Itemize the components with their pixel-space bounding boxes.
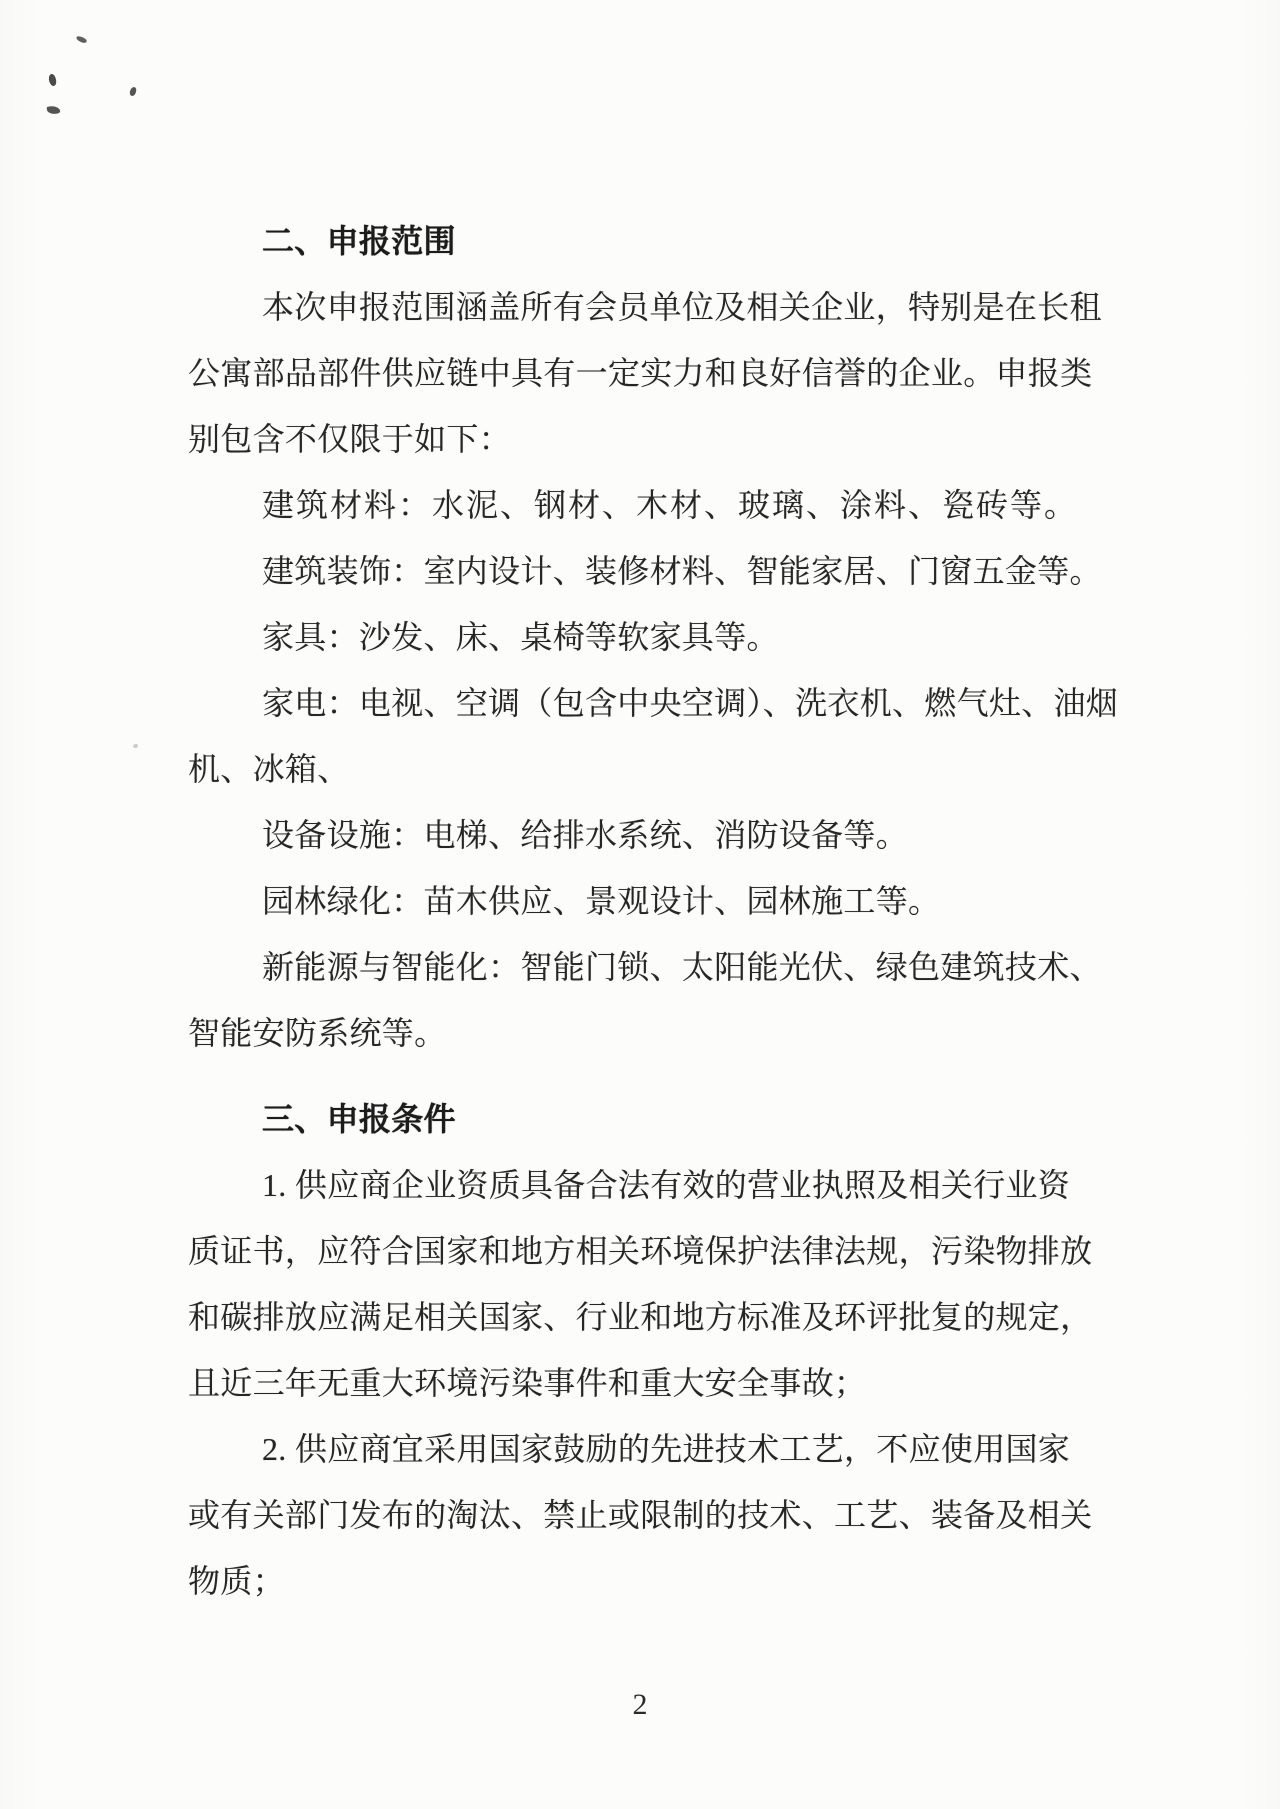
doc-line-building-decoration: 建筑装饰：室内设计、装修材料、智能家居、门窗五金等。 bbox=[188, 538, 1103, 604]
doc-line: 机、冰箱、 bbox=[188, 736, 1103, 802]
doc-line-landscaping: 园林绿化：苗木供应、景观设计、园林施工等。 bbox=[188, 868, 1103, 934]
section-3-heading: 三、申报条件 bbox=[188, 1086, 1103, 1152]
doc-line: 和碳排放应满足相关国家、行业和地方标准及环评批复的规定， bbox=[188, 1284, 1103, 1350]
doc-line: 公寓部品部件供应链中具有一定实力和良好信誉的企业。申报类 bbox=[188, 340, 1103, 406]
doc-line-equipment: 设备设施：电梯、给排水系统、消防设备等。 bbox=[188, 802, 1103, 868]
section-2-heading: 二、申报范围 bbox=[188, 208, 1103, 274]
doc-line: 质证书，应符合国家和地方相关环境保护法律法规，污染物排放 bbox=[188, 1218, 1103, 1284]
doc-line-condition-2: 2. 供应商宜采用国家鼓励的先进技术工艺，不应使用国家 bbox=[188, 1416, 1103, 1482]
document-text-block: 二、申报范围 本次申报范围涵盖所有会员单位及相关企业，特别是在长租 公寓部品部件… bbox=[188, 208, 1103, 1614]
doc-line: 别包含不仅限于如下： bbox=[188, 406, 1103, 472]
ink-speck bbox=[47, 105, 61, 114]
ink-speck bbox=[75, 35, 87, 45]
doc-line-building-materials: 建筑材料：水泥、钢材、木材、玻璃、涂料、瓷砖等。 bbox=[188, 472, 1103, 538]
doc-line: 且近三年无重大环境污染事件和重大安全事故； bbox=[188, 1350, 1103, 1416]
doc-line: 物质； bbox=[188, 1548, 1103, 1614]
doc-line: 本次申报范围涵盖所有会员单位及相关企业，特别是在长租 bbox=[188, 274, 1103, 340]
doc-line-furniture: 家具：沙发、床、桌椅等软家具等。 bbox=[188, 604, 1103, 670]
doc-line-condition-1: 1. 供应商企业资质具备合法有效的营业执照及相关行业资 bbox=[188, 1152, 1103, 1218]
ink-speck bbox=[129, 86, 137, 96]
scanned-document-page: 二、申报范围 本次申报范围涵盖所有会员单位及相关企业，特别是在长租 公寓部品部件… bbox=[0, 0, 1280, 1809]
doc-line: 智能安防系统等。 bbox=[188, 1000, 1103, 1066]
ink-speck bbox=[133, 744, 138, 748]
doc-line-appliances: 家电：电视、空调（包含中央空调）、洗衣机、燃气灶、油烟 bbox=[188, 670, 1103, 736]
ink-speck bbox=[47, 73, 57, 87]
doc-line: 或有关部门发布的淘汰、禁止或限制的技术、工艺、装备及相关 bbox=[188, 1482, 1103, 1548]
page-number: 2 bbox=[0, 1688, 1280, 1722]
doc-line-new-energy: 新能源与智能化：智能门锁、太阳能光伏、绿色建筑技术、 bbox=[188, 934, 1103, 1000]
